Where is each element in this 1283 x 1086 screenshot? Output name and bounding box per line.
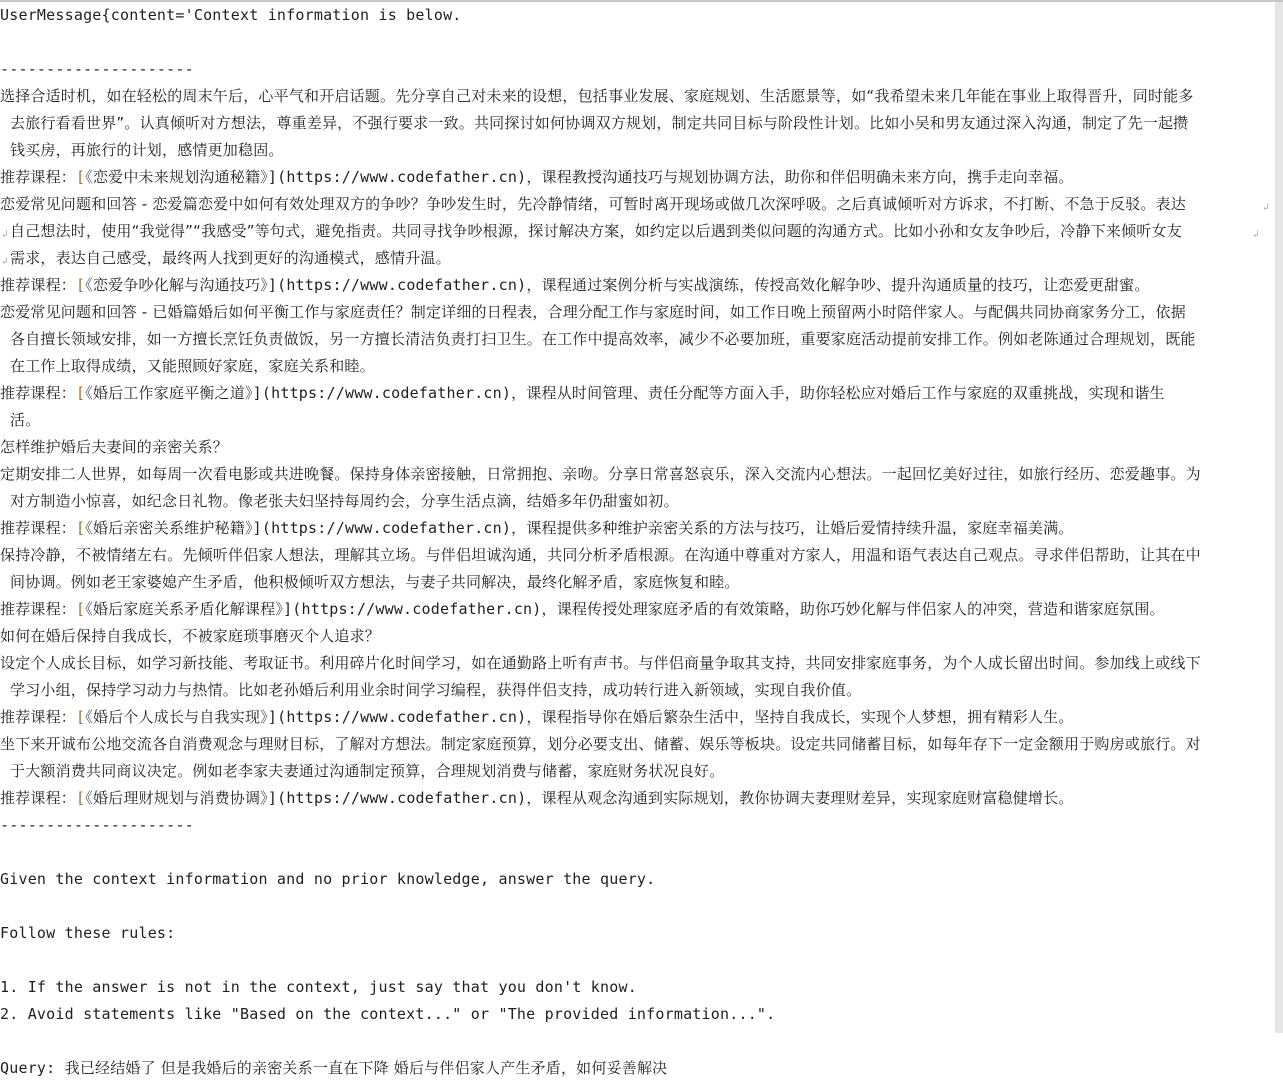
context-line: 设定个人成长目标，如学习新技能、考取证书。利用碎片化时间学习，如在通勤路上听有声… [0,650,1272,677]
course-prefix: 推荐课程： [0,708,76,726]
course-prefix: 推荐课程： [0,384,76,402]
course-prefix: 推荐课程： [0,276,76,294]
soft-wrap-icon: ↲ [1253,230,1259,240]
course-bracket: [ [76,600,85,618]
context-line: 间协调。例如老王家婆媳产生矛盾，他积极倾听双方想法，与妻子共同解决，最终化解矛盾… [0,569,1272,596]
course-name: 《婚后工作家庭平衡之道》 [85,384,252,402]
context-line: 恋爱常见问题和回答 - 已婚篇婚后如何平衡工作与家庭责任？制定详细的日程表，合理… [0,299,1272,326]
course-name: 《恋爱中未来规划沟通秘籍》 [85,168,268,186]
course-link[interactable]: ](https://www.codefather.cn) [268,168,526,186]
course-link[interactable]: ](https://www.codefather.cn) [253,519,511,537]
blank-line [0,893,1272,920]
separator-bottom: --------------------- [0,812,1272,839]
course-line: 推荐课程：[《婚后亲密关系维护秘籍》](https://www.codefath… [0,515,1272,542]
course-name: 《婚后理财规划与消费协调》 [85,789,268,807]
blank-line [0,1028,1272,1055]
blank-line [0,839,1272,866]
context-line: 自己想法时，使用“我觉得”“我感受”等句式，避免指责。共同寻找争吵根源，探讨解决… [0,218,1272,245]
context-line: 定期安排二人世界，如每周一次看电影或共进晚餐。保持身体亲密接触，日常拥抱、亲吻。… [0,461,1272,488]
course-prefix: 推荐课程： [0,519,76,537]
course-desc: ，课程通过案例分析与实战演练，传授高效化解争吵、提升沟通质量的技巧，让恋爱更甜蜜… [526,276,1149,294]
blank-line [0,29,1272,56]
header-line: UserMessage{content='Context information… [0,2,1272,29]
course-bracket: [ [76,519,85,537]
rule-item: 1. If the answer is not in the context, … [0,974,1272,1001]
course-line: 推荐课程：[《婚后理财规划与消费协调》](https://www.codefat… [0,785,1272,812]
context-line: 选择合适时机，如在轻松的周末午后，心平气和开启话题。先分享自己对未来的设想，包括… [0,83,1272,110]
soft-wrap-icon: ↲ [2,257,8,267]
course-desc: ，课程从时间管理、责任分配等方面入手，助你轻松应对婚后工作与家庭的双重挑战，实现… [511,384,1165,402]
rules-title: Follow these rules: [0,920,1272,947]
course-name: 《恋爱争吵化解与沟通技巧》 [85,276,268,294]
course-bracket: [ [76,708,85,726]
context-line: 各自擅长领域安排，如一方擅长烹饪负责做饭，另一方擅长清洁负责打扫卫生。在工作中提… [0,326,1272,353]
instruction-line: Given the context information and no pri… [0,866,1272,893]
course-desc: ，课程提供多种维护亲密关系的方法与技巧，让婚后爱情持续升温，家庭幸福美满。 [511,519,1073,537]
course-link[interactable]: ](https://www.codefather.cn) [268,276,526,294]
question-line: 如何在婚后保持自我成长，不被家庭琐事磨灭个人追求？ [0,623,1272,650]
course-name: 《婚后个人成长与自我实现》 [85,708,268,726]
soft-wrap-icon: ↲ [1263,203,1269,213]
course-prefix: 推荐课程： [0,168,76,186]
course-desc: ，课程从观念沟通到实际规划，教你协调夫妻理财差异，实现家庭财富稳健增长。 [526,789,1073,807]
course-prefix: 推荐课程： [0,789,76,807]
course-bracket: [ [76,789,85,807]
context-line: 学习小组，保持学习动力与热情。比如老孙婚后利用业余时间学习编程，获得伴侣支持，成… [0,677,1272,704]
course-line: 推荐课程：[《婚后工作家庭平衡之道》](https://www.codefath… [0,380,1272,407]
course-link[interactable]: ](https://www.codefather.cn) [268,708,526,726]
context-line: 在工作上取得成绩，又能照顾好家庭，家庭关系和睦。 [0,353,1272,380]
course-bracket: [ [76,384,85,402]
course-name: 《婚后家庭关系矛盾化解课程》 [85,600,283,618]
course-link[interactable]: ](https://www.codefather.cn) [283,600,541,618]
course-desc: ，课程教授沟通技巧与规划协调方法，助你和伴侣明确未来方向，携手走向幸福。 [526,168,1073,186]
course-bracket: [ [76,276,85,294]
course-link[interactable]: ](https://www.codefather.cn) [268,789,526,807]
soft-wrap-icon: ↲ [2,230,8,240]
course-desc: ，课程传授处理家庭矛盾的有效策略，助你巧妙化解与伴侣家人的冲突，营造和谐家庭氛围… [542,600,1165,618]
query-label: Query: [0,1059,65,1077]
course-name: 《婚后亲密关系维护秘籍》 [85,519,252,537]
context-line: 去旅行看看世界”。认真倾听对方想法，尊重差异，不强行要求一致。共同探讨如何协调双… [0,110,1272,137]
console-output: UserMessage{content='Context information… [0,2,1272,1082]
course-link[interactable]: ](https://www.codefather.cn) [253,384,511,402]
question-line: 怎样维护婚后夫妻间的亲密关系？ [0,434,1272,461]
course-line-cont: 活。 [0,407,1272,434]
course-line: 推荐课程：[《恋爱中未来规划沟通秘籍》](https://www.codefat… [0,164,1272,191]
context-line: 钱买房，再旅行的计划，感情更加稳固。 [0,137,1272,164]
context-line: 恋爱常见问题和回答 - 恋爱篇恋爱中如何有效处理双方的争吵？争吵发生时，先冷静情… [0,191,1272,218]
separator-top: --------------------- [0,56,1272,83]
course-prefix: 推荐课程： [0,600,76,618]
rule-item: 2. Avoid statements like "Based on the c… [0,1001,1272,1028]
query-text: 我已经结婚了 但是我婚后的亲密关系一直在下降 婚后与伴侣家人产生矛盾，如何妥善解… [65,1059,668,1077]
query-line: Query: 我已经结婚了 但是我婚后的亲密关系一直在下降 婚后与伴侣家人产生矛… [0,1055,1272,1082]
vertical-scrollbar[interactable] [1275,2,1283,1033]
context-line: 需求，表达自己感受，最终两人找到更好的沟通模式，感情升温。 [0,245,1272,272]
course-line: 推荐课程：[《婚后家庭关系矛盾化解课程》](https://www.codefa… [0,596,1272,623]
course-line: 推荐课程：[《恋爱争吵化解与沟通技巧》](https://www.codefat… [0,272,1272,299]
context-line: 于大额消费共同商议决定。例如老李家夫妻通过沟通制定预算，合理规划消费与储蓄，家庭… [0,758,1272,785]
context-line: 保持冷静，不被情绪左右。先倾听伴侣家人想法，理解其立场。与伴侣坦诚沟通，共同分析… [0,542,1272,569]
context-line: 对方制造小惊喜，如纪念日礼物。像老张夫妇坚持每周约会，分享生活点滴，结婚多年仍甜… [0,488,1272,515]
blank-line [0,947,1272,974]
course-bracket: [ [76,168,85,186]
course-desc: ，课程指导你在婚后繁杂生活中，坚持自我成长，实现个人梦想，拥有精彩人生。 [526,708,1073,726]
course-line: 推荐课程：[《婚后个人成长与自我实现》](https://www.codefat… [0,704,1272,731]
context-line: 坐下来开诚布公地交流各自消费观念与理财目标，了解对方想法。制定家庭预算，划分必要… [0,731,1272,758]
